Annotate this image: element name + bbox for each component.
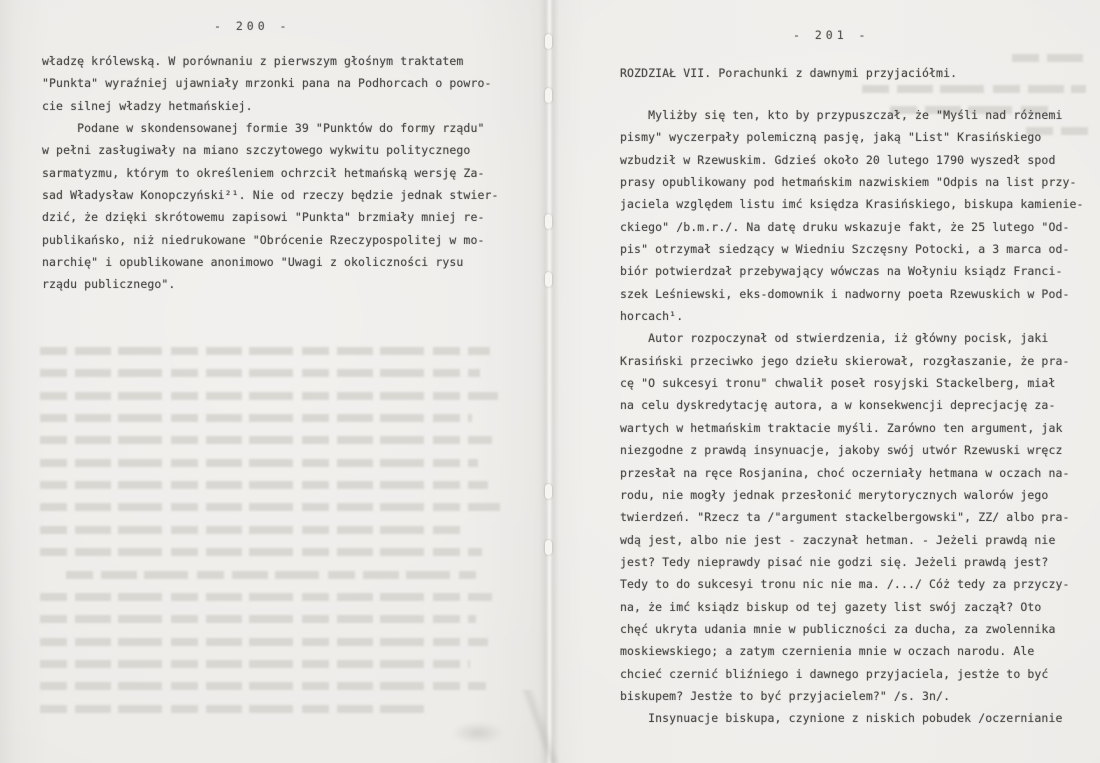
spine-bottom-fold [500, 690, 580, 763]
binding-thread-stitch [545, 34, 552, 49]
bleedthrough-line [40, 369, 480, 377]
bleedthrough-line [40, 526, 466, 534]
right-page-body-text: Myliżby się ten, kto by przypuszczał, że… [620, 104, 1084, 730]
bleedthrough-line [40, 414, 472, 422]
bleedthrough-line [40, 392, 498, 400]
paper-smudge [452, 722, 504, 744]
bleedthrough-line [40, 347, 490, 355]
book-spine-gutter [539, 0, 559, 763]
binding-thread-stitch [545, 272, 552, 287]
bleedthrough-line [66, 571, 476, 579]
right-page-number: - 201 - [793, 28, 869, 42]
binding-thread-stitch [545, 214, 552, 229]
bleedthrough-line [40, 593, 492, 601]
scanned-book-spread: { "document_type": "scanned typewritten … [0, 0, 1100, 763]
bleedthrough-line [40, 660, 470, 668]
bleedthrough-line [40, 615, 476, 623]
left-page-number: - 200 - [214, 19, 290, 33]
bleedthrough-line [1012, 54, 1090, 62]
bleedthrough-line [40, 682, 486, 690]
bleedthrough-line [40, 459, 478, 467]
bleedthrough-line [40, 638, 488, 646]
bleedthrough-line [40, 548, 482, 556]
bleedthrough-line [40, 481, 488, 489]
binding-thread-stitch [545, 88, 552, 103]
left-page-body-text: władzę królewską. W porównaniu z pierwsz… [42, 50, 499, 296]
chapter-heading: ROZDZIAŁ VII. Porachunki z dawnymi przyj… [620, 62, 957, 84]
bleedthrough-line [40, 503, 500, 511]
bleedthrough-line [40, 705, 432, 713]
binding-thread-stitch [545, 540, 552, 555]
binding-thread-stitch [545, 484, 552, 499]
bleedthrough-line [40, 436, 492, 444]
bleedthrough-line [862, 85, 1086, 93]
